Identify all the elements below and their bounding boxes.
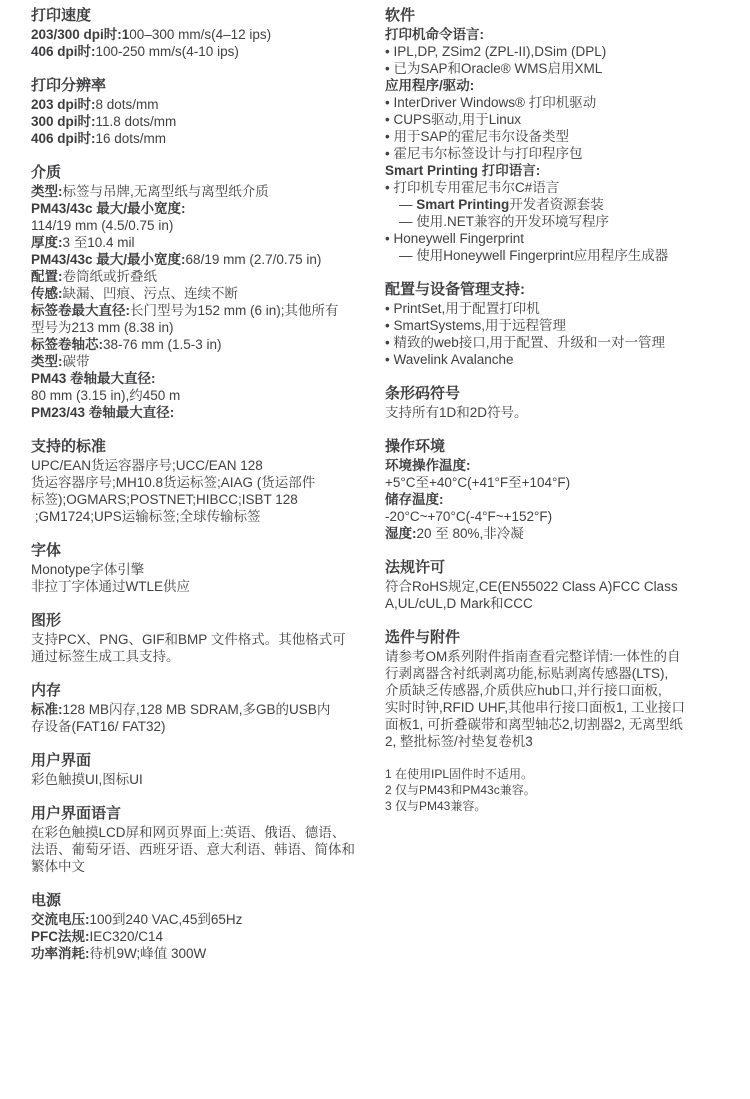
spec-text: -20°C~+70°C(-4°F~+152°F) bbox=[385, 509, 552, 524]
section-heading-config-device-management: 配置与设备管理支持: bbox=[385, 280, 747, 300]
section-media: 介质类型:标签与吊牌,无离型纸与离型纸介质PM43/43c 最大/最小宽度:11… bbox=[31, 163, 379, 421]
spec-label: 功率消耗: bbox=[31, 946, 90, 961]
spec-line: 非拉丁字体通过WTLE供应 bbox=[31, 578, 379, 595]
section-heading-fonts: 字体 bbox=[31, 541, 379, 561]
spec-text: 11.8 dots/mm bbox=[96, 114, 177, 129]
section-print-speed: 打印速度203/300 dpi时:100–300 mm/s(4–12 ips)4… bbox=[31, 6, 379, 60]
spec-label: 标准: bbox=[31, 702, 63, 717]
spec-text: 128 MB闪存,128 MB SDRAM,多GB的USB内 bbox=[63, 702, 331, 717]
spec-text: 支持所有1D和2D符号。 bbox=[385, 405, 528, 420]
spec-text: 在彩色触摸LCD屏和网页界面上:英语、俄语、德语、 bbox=[31, 825, 345, 840]
section-barcode-symbologies: 条形码符号支持所有1D和2D符号。 bbox=[385, 384, 747, 421]
spec-text: 彩色触摸UI,图标UI bbox=[31, 772, 143, 787]
section-footnotes: 1 在使用IPL固件时不适用。2 仅与PM43和PM43c兼容。3 仅与PM43… bbox=[385, 766, 747, 814]
spec-line: • 用于SAP的霍尼韦尔设备类型 bbox=[385, 128, 747, 145]
footnote-line: 3 仅与PM43兼容。 bbox=[385, 798, 747, 814]
spec-label: 打印机命令语言: bbox=[385, 27, 484, 42]
spec-line: PM23/43 卷轴最大直径: bbox=[31, 404, 379, 421]
spec-text: • 已为SAP和Oracle® WMS启用XML bbox=[385, 61, 602, 76]
spec-text: 100到240 VAC,45到65Hz bbox=[90, 912, 243, 927]
spec-text: 3 至10.4 mil bbox=[63, 235, 135, 250]
spec-line: 通过标签生成工具支持。 bbox=[31, 648, 379, 665]
spec-text: 繁体中文 bbox=[31, 859, 85, 874]
spec-text: 标签);OGMARS;POSTNET;HIBCC;ISBT 128 bbox=[31, 492, 298, 507]
spec-line: — Smart Printing开发者资源套装 bbox=[385, 196, 747, 213]
spec-line: • Honeywell Fingerprint bbox=[385, 230, 747, 247]
spec-text: UPC/EAN货运容器序号;UCC/EAN 128 bbox=[31, 458, 263, 473]
spec-column-left: 打印速度203/300 dpi时:100–300 mm/s(4–12 ips)4… bbox=[31, 6, 379, 978]
section-software: 软件打印机命令语言:• IPL,DP, ZSim2 (ZPL-II),DSim … bbox=[385, 6, 747, 264]
spec-text: 38-76 mm (1.5-3 in) bbox=[103, 337, 222, 352]
spec-text: 2, 整批标签/衬垫复卷机3 bbox=[385, 734, 533, 749]
spec-text: 标签与吊牌,无离型纸与离型纸介质 bbox=[63, 184, 269, 199]
spec-label: 406 dpi时: bbox=[31, 131, 96, 146]
spec-line: 请参考OM系列附件指南查看完整详情:一体性的自 bbox=[385, 648, 747, 665]
spec-text: 通过标签生成工具支持。 bbox=[31, 649, 180, 664]
section-heading-print-resolution: 打印分辨率 bbox=[31, 76, 379, 96]
spec-label: 传感: bbox=[31, 286, 63, 301]
spec-line: 面板1, 可折叠碳带和离型轴芯2,切割器2, 无离型纸 bbox=[385, 716, 747, 733]
spec-label: 储存温度: bbox=[385, 492, 444, 507]
spec-text: • Wavelink Avalanche bbox=[385, 352, 514, 367]
spec-line: 储存温度: bbox=[385, 491, 747, 508]
spec-text: Monotype字体引擎 bbox=[31, 562, 144, 577]
spec-label: 标签卷轴芯: bbox=[31, 337, 103, 352]
spec-line: A,UL/cUL,D Mark和CCC bbox=[385, 595, 747, 612]
spec-line: 存设备(FAT16/ FAT32) bbox=[31, 718, 379, 735]
spec-text: • IPL,DP, ZSim2 (ZPL-II),DSim (DPL) bbox=[385, 44, 606, 59]
spec-text: 卷筒纸或折叠纸 bbox=[63, 269, 158, 284]
spec-label: 类型: bbox=[31, 354, 63, 369]
spec-text: 行剥离器含衬纸剥离功能,标贴剥离传感器(LTS), bbox=[385, 666, 668, 681]
spec-line: — 使用.NET兼容的开发环境写程序 bbox=[385, 213, 747, 230]
spec-label: 标签卷最大直径: bbox=[31, 303, 130, 318]
spec-label: Smart Printing bbox=[416, 197, 509, 212]
spec-text: — bbox=[399, 197, 416, 212]
spec-text: 80 mm (3.15 in),约450 m bbox=[31, 388, 180, 403]
spec-text: 20 至 80%,非冷凝 bbox=[417, 526, 524, 541]
spec-line: 符合RoHS规定,CE(EN55022 Class A)FCC Class bbox=[385, 578, 747, 595]
spec-line: PM43/43c 最大/最小宽度:68/19 mm (2.7/0.75 in) bbox=[31, 251, 379, 268]
spec-line: • 已为SAP和Oracle® WMS启用XML bbox=[385, 60, 747, 77]
footnote-line: 2 仅与PM43和PM43c兼容。 bbox=[385, 782, 747, 798]
spec-label: Smart Printing 打印语言: bbox=[385, 163, 540, 178]
spec-line: 80 mm (3.15 in),约450 m bbox=[31, 387, 379, 404]
spec-line: PM43/43c 最大/最小宽度: bbox=[31, 200, 379, 217]
spec-text: 待机9W;峰值 300W bbox=[90, 946, 207, 961]
spec-line: • SmartSystems,用于远程管理 bbox=[385, 317, 747, 334]
spec-text: 碳带 bbox=[63, 354, 90, 369]
spec-line: 繁体中文 bbox=[31, 858, 379, 875]
spec-line: 在彩色触摸LCD屏和网页界面上:英语、俄语、德语、 bbox=[31, 824, 379, 841]
spec-line: 环境操作温度: bbox=[385, 457, 747, 474]
spec-line: +5°C至+40°C(+41°F至+104°F) bbox=[385, 474, 747, 491]
spec-line: 传感:缺漏、凹痕、污点、连续不断 bbox=[31, 285, 379, 302]
section-heading-ui-languages: 用户界面语言 bbox=[31, 804, 379, 824]
section-heading-software: 软件 bbox=[385, 6, 747, 26]
spec-line: 实时时钟,RFID UHF,其他串行接口面板1, 工业接口 bbox=[385, 699, 747, 716]
spec-line: Monotype字体引擎 bbox=[31, 561, 379, 578]
spec-line: 型号为213 mm (8.38 in) bbox=[31, 319, 379, 336]
spec-sheet-page: 打印速度203/300 dpi时:100–300 mm/s(4–12 ips)4… bbox=[0, 0, 750, 1099]
spec-text: 00–300 mm/s(4–12 ips) bbox=[129, 27, 271, 42]
spec-text: 存设备(FAT16/ FAT32) bbox=[31, 719, 166, 734]
spec-line: 2, 整批标签/衬垫复卷机3 bbox=[385, 733, 747, 750]
spec-line: UPC/EAN货运容器序号;UCC/EAN 128 bbox=[31, 457, 379, 474]
spec-text: 面板1, 可折叠碳带和离型轴芯2,切割器2, 无离型纸 bbox=[385, 717, 683, 732]
section-regulatory-approvals: 法规许可符合RoHS规定,CE(EN55022 Class A)FCC Clas… bbox=[385, 558, 747, 612]
section-print-resolution: 打印分辨率203 dpi时:8 dots/mm300 dpi时:11.8 dot… bbox=[31, 76, 379, 147]
spec-text: 68/19 mm (2.7/0.75 in) bbox=[186, 252, 322, 267]
spec-text: 非拉丁字体通过WTLE供应 bbox=[31, 579, 190, 594]
spec-label: 类型: bbox=[31, 184, 63, 199]
spec-line: • CUPS驱动,用于Linux bbox=[385, 111, 747, 128]
section-heading-power: 电源 bbox=[31, 891, 379, 911]
spec-text: 114/19 mm (4.5/0.75 in) bbox=[31, 218, 173, 233]
spec-line: 406 dpi时:16 dots/mm bbox=[31, 130, 379, 147]
spec-label: 300 dpi时: bbox=[31, 114, 96, 129]
spec-line: 类型:标签与吊牌,无离型纸与离型纸介质 bbox=[31, 183, 379, 200]
spec-label: PM43/43c 最大/最小宽度: bbox=[31, 201, 186, 216]
spec-column-right: 软件打印机命令语言:• IPL,DP, ZSim2 (ZPL-II),DSim … bbox=[385, 6, 747, 830]
spec-line: 交流电压:100到240 VAC,45到65Hz bbox=[31, 911, 379, 928]
section-heading-supported-standards: 支持的标准 bbox=[31, 437, 379, 457]
spec-label: 应用程序/驱动: bbox=[385, 78, 474, 93]
section-heading-barcode-symbologies: 条形码符号 bbox=[385, 384, 747, 404]
section-heading-print-speed: 打印速度 bbox=[31, 6, 379, 26]
spec-text: 货运容器序号;MH10.8货运标签;AIAG (货运部件 bbox=[31, 475, 315, 490]
spec-label: 203/300 dpi时:1 bbox=[31, 27, 129, 42]
spec-line: 标准:128 MB闪存,128 MB SDRAM,多GB的USB内 bbox=[31, 701, 379, 718]
spec-line: 介质缺乏传感器,介质供应hub口,并行接口面板, bbox=[385, 682, 747, 699]
spec-label: 交流电压: bbox=[31, 912, 90, 927]
spec-line: 彩色触摸UI,图标UI bbox=[31, 771, 379, 788]
spec-text: 1 在使用IPL固件时不适用。 bbox=[385, 767, 533, 781]
spec-label: PFC法规: bbox=[31, 929, 90, 944]
spec-line: 配置:卷筒纸或折叠纸 bbox=[31, 268, 379, 285]
spec-text: • SmartSystems,用于远程管理 bbox=[385, 318, 566, 333]
spec-line: 支持PCX、PNG、GIF和BMP 文件格式。其他格式可 bbox=[31, 631, 379, 648]
section-ui-languages: 用户界面语言在彩色触摸LCD屏和网页界面上:英语、俄语、德语、法语、葡萄牙语、西… bbox=[31, 804, 379, 875]
spec-text: 法语、葡萄牙语、西班牙语、意大利语、韩语、简体和 bbox=[31, 842, 355, 857]
spec-label: 配置: bbox=[31, 269, 63, 284]
spec-line: 湿度:20 至 80%,非冷凝 bbox=[385, 525, 747, 542]
spec-label: 厚度: bbox=[31, 235, 63, 250]
section-heading-user-interface: 用户界面 bbox=[31, 751, 379, 771]
footnote-line: 1 在使用IPL固件时不适用。 bbox=[385, 766, 747, 782]
spec-line: • IPL,DP, ZSim2 (ZPL-II),DSim (DPL) bbox=[385, 43, 747, 60]
spec-line: • 打印机专用霍尼韦尔C#语言 bbox=[385, 179, 747, 196]
spec-line: PM43 卷轴最大直径: bbox=[31, 370, 379, 387]
spec-line: 406 dpi时:100-250 mm/s(4-10 ips) bbox=[31, 43, 379, 60]
spec-text: 3 仅与PM43兼容。 bbox=[385, 799, 486, 813]
spec-text: 100-250 mm/s(4-10 ips) bbox=[96, 44, 239, 59]
section-supported-standards: 支持的标准UPC/EAN货运容器序号;UCC/EAN 128货运容器序号;MH1… bbox=[31, 437, 379, 525]
spec-line: 203 dpi时:8 dots/mm bbox=[31, 96, 379, 113]
section-heading-memory: 内存 bbox=[31, 681, 379, 701]
spec-text: ;GM1724;UPS运输标签;全球传输标签 bbox=[31, 509, 261, 524]
section-options-accessories: 选件与附件请参考OM系列附件指南查看完整详情:一体性的自行剥离器含衬纸剥离功能,… bbox=[385, 628, 747, 750]
spec-label: PM23/43 卷轴最大直径: bbox=[31, 405, 174, 420]
spec-label: PM43/43c 最大/最小宽度: bbox=[31, 252, 186, 267]
spec-text: 介质缺乏传感器,介质供应hub口,并行接口面板, bbox=[385, 683, 662, 698]
spec-text: — 使用.NET兼容的开发环境写程序 bbox=[399, 214, 609, 229]
spec-line: 货运容器序号;MH10.8货运标签;AIAG (货运部件 bbox=[31, 474, 379, 491]
spec-line: — 使用Honeywell Fingerprint应用程序生成器 bbox=[385, 247, 747, 264]
section-graphics: 图形支持PCX、PNG、GIF和BMP 文件格式。其他格式可通过标签生成工具支持… bbox=[31, 611, 379, 665]
spec-label: PM43 卷轴最大直径: bbox=[31, 371, 156, 386]
spec-text: 长门型号为152 mm (6 in);其他所有 bbox=[130, 303, 339, 318]
section-heading-media: 介质 bbox=[31, 163, 379, 183]
spec-line: 功率消耗:待机9W;峰值 300W bbox=[31, 945, 379, 962]
spec-line: -20°C~+70°C(-4°F~+152°F) bbox=[385, 508, 747, 525]
section-memory: 内存标准:128 MB闪存,128 MB SDRAM,多GB的USB内存设备(F… bbox=[31, 681, 379, 735]
spec-line: • Wavelink Avalanche bbox=[385, 351, 747, 368]
spec-line: PFC法规:IEC320/C14 bbox=[31, 928, 379, 945]
spec-text: 实时时钟,RFID UHF,其他串行接口面板1, 工业接口 bbox=[385, 700, 685, 715]
spec-line: • 霍尼韦尔标签设计与打印程序包 bbox=[385, 145, 747, 162]
section-user-interface: 用户界面彩色触摸UI,图标UI bbox=[31, 751, 379, 788]
spec-line: 行剥离器含衬纸剥离功能,标贴剥离传感器(LTS), bbox=[385, 665, 747, 682]
spec-text: • 精致的web接口,用于配置、升级和一对一管理 bbox=[385, 335, 665, 350]
spec-text: • Honeywell Fingerprint bbox=[385, 231, 524, 246]
spec-label: 203 dpi时: bbox=[31, 97, 96, 112]
spec-text: • PrintSet,用于配置打印机 bbox=[385, 301, 540, 316]
spec-text: 请参考OM系列附件指南查看完整详情:一体性的自 bbox=[385, 649, 681, 664]
section-fonts: 字体Monotype字体引擎非拉丁字体通过WTLE供应 bbox=[31, 541, 379, 595]
spec-line: • 精致的web接口,用于配置、升级和一对一管理 bbox=[385, 334, 747, 351]
spec-text: 型号为213 mm (8.38 in) bbox=[31, 320, 174, 335]
section-heading-operating-environment: 操作环境 bbox=[385, 437, 747, 457]
spec-text: 16 dots/mm bbox=[96, 131, 167, 146]
spec-text: IEC320/C14 bbox=[90, 929, 164, 944]
spec-line: 标签卷轴芯:38-76 mm (1.5-3 in) bbox=[31, 336, 379, 353]
section-power: 电源交流电压:100到240 VAC,45到65HzPFC法规:IEC320/C… bbox=[31, 891, 379, 962]
spec-line: 应用程序/驱动: bbox=[385, 77, 747, 94]
section-heading-graphics: 图形 bbox=[31, 611, 379, 631]
spec-line: ;GM1724;UPS运输标签;全球传输标签 bbox=[31, 508, 379, 525]
spec-text: — 使用Honeywell Fingerprint应用程序生成器 bbox=[399, 248, 668, 263]
spec-text: • 霍尼韦尔标签设计与打印程序包 bbox=[385, 146, 582, 161]
spec-line: • PrintSet,用于配置打印机 bbox=[385, 300, 747, 317]
spec-text: +5°C至+40°C(+41°F至+104°F) bbox=[385, 475, 570, 490]
spec-text: A,UL/cUL,D Mark和CCC bbox=[385, 596, 533, 611]
section-heading-regulatory-approvals: 法规许可 bbox=[385, 558, 747, 578]
spec-text: • InterDriver Windows® 打印机驱动 bbox=[385, 95, 596, 110]
spec-text: 缺漏、凹痕、污点、连续不断 bbox=[63, 286, 239, 301]
spec-line: 114/19 mm (4.5/0.75 in) bbox=[31, 217, 379, 234]
spec-line: 法语、葡萄牙语、西班牙语、意大利语、韩语、简体和 bbox=[31, 841, 379, 858]
spec-text: 符合RoHS规定,CE(EN55022 Class A)FCC Class bbox=[385, 579, 678, 594]
spec-text: • 用于SAP的霍尼韦尔设备类型 bbox=[385, 129, 569, 144]
spec-line: • InterDriver Windows® 打印机驱动 bbox=[385, 94, 747, 111]
spec-line: 类型:碳带 bbox=[31, 353, 379, 370]
spec-label: 环境操作温度: bbox=[385, 458, 471, 473]
spec-label: 湿度: bbox=[385, 526, 417, 541]
spec-line: 标签);OGMARS;POSTNET;HIBCC;ISBT 128 bbox=[31, 491, 379, 508]
spec-line: 打印机命令语言: bbox=[385, 26, 747, 43]
spec-text: 支持PCX、PNG、GIF和BMP 文件格式。其他格式可 bbox=[31, 632, 346, 647]
spec-label: 406 dpi时: bbox=[31, 44, 96, 59]
spec-text: 8 dots/mm bbox=[96, 97, 159, 112]
spec-text: 开发者资源套装 bbox=[509, 197, 604, 212]
spec-line: 300 dpi时:11.8 dots/mm bbox=[31, 113, 379, 130]
section-operating-environment: 操作环境环境操作温度:+5°C至+40°C(+41°F至+104°F)储存温度:… bbox=[385, 437, 747, 542]
spec-line: 厚度:3 至10.4 mil bbox=[31, 234, 379, 251]
spec-text: • 打印机专用霍尼韦尔C#语言 bbox=[385, 180, 559, 195]
spec-text: 2 仅与PM43和PM43c兼容。 bbox=[385, 783, 536, 797]
spec-line: 支持所有1D和2D符号。 bbox=[385, 404, 747, 421]
spec-text: • CUPS驱动,用于Linux bbox=[385, 112, 521, 127]
section-heading-options-accessories: 选件与附件 bbox=[385, 628, 747, 648]
spec-line: Smart Printing 打印语言: bbox=[385, 162, 747, 179]
spec-line: 标签卷最大直径:长门型号为152 mm (6 in);其他所有 bbox=[31, 302, 379, 319]
section-config-device-management: 配置与设备管理支持:• PrintSet,用于配置打印机• SmartSyste… bbox=[385, 280, 747, 368]
spec-line: 203/300 dpi时:100–300 mm/s(4–12 ips) bbox=[31, 26, 379, 43]
